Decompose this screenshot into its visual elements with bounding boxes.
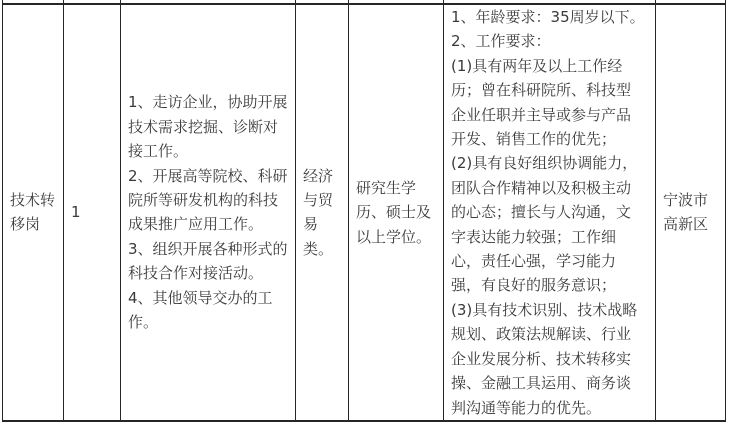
cell-other-requirements: 1、年龄要求：35周岁以下。 2、工作要求： (1)具有两年及以上工作经 历；曾… [444, 4, 656, 421]
job-row: 技术转 移岗 1 1、走访企业，协助开展 技术需求挖掘、诊断对 接工作。 2、开… [3, 4, 726, 421]
cell-position-name: 技术转 移岗 [3, 4, 64, 421]
cell-work-location: 宁波市 高新区 [656, 4, 726, 421]
page: 技术转 移岗 1 1、走访企业，协助开展 技术需求挖掘、诊断对 接工作。 2、开… [0, 0, 730, 431]
cell-headcount: 1 [64, 4, 121, 421]
cell-education-requirement: 研究生学 历、硕士及 以上学位。 [349, 4, 444, 421]
cell-major-category: 经济 与贸 易 类。 [296, 4, 349, 421]
cell-job-duties: 1、走访企业，协助开展 技术需求挖掘、诊断对 接工作。 2、开展高等院校、科研 … [121, 4, 296, 421]
job-posting-table: 技术转 移岗 1 1、走访企业，协助开展 技术需求挖掘、诊断对 接工作。 2、开… [2, 0, 726, 422]
